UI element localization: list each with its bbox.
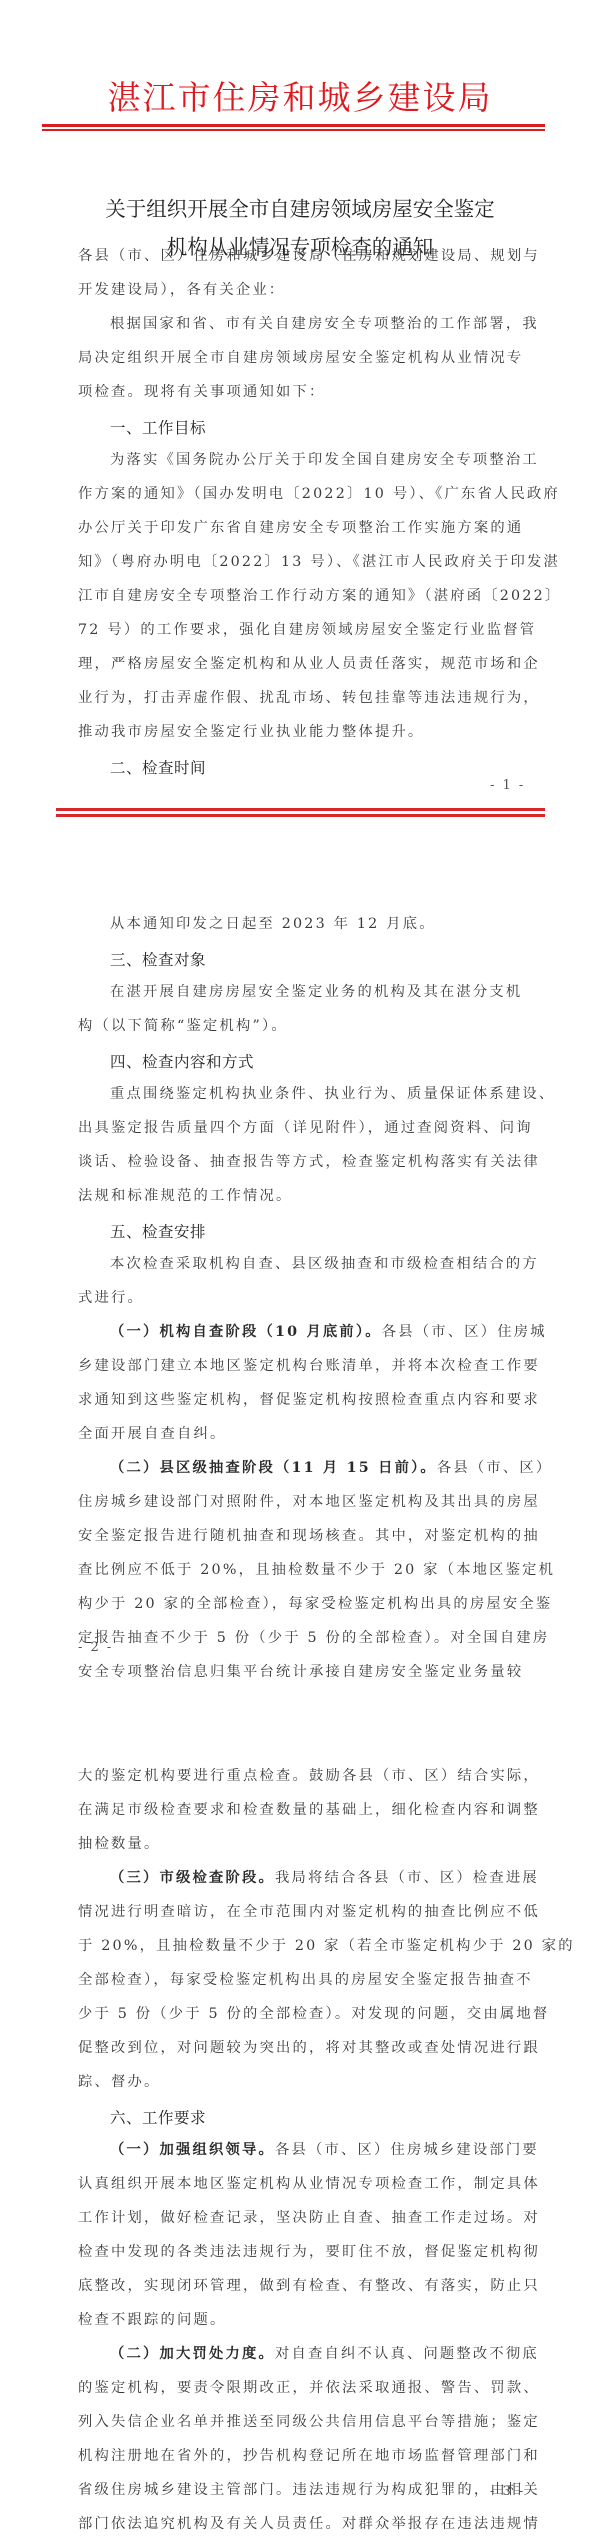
- body-text: 各县（市、区）: [437, 1460, 552, 1476]
- body-text: 项检查。现将有关事项通知如下：: [78, 384, 325, 400]
- body-text-line: （一）机构自查阶段（10 月底前）。各县（市、区）住房城: [110, 1322, 524, 1342]
- body-text: 定报告抽查不少于 5 份（少于 5 份的全部检查）。对全国自建房: [78, 1630, 549, 1646]
- body-text-line: 知》（粤府办明电〔2022〕13 号）、《湛江市人民政府关于印发湛: [78, 552, 524, 572]
- body-text-line: 本次检查采取机构自查、县区级抽查和市级检查相结合的方: [110, 1254, 524, 1274]
- body-text-line: 为落实《国务院办公厅关于印发全国自建房安全专项整治工: [110, 450, 524, 470]
- document-title-line-1: 关于组织开展全市自建房领域房屋安全鉴定: [0, 190, 600, 228]
- body-text-line: 出具鉴定报告质量四个方面（详见附件），通过查阅资料、问询: [78, 1118, 524, 1138]
- body-text-line: 于 20%，且抽检数量不少于 20 家（若全市鉴定机构少于 20 家的: [78, 1936, 524, 1956]
- body-text-line: 项检查。现将有关事项通知如下：: [78, 382, 524, 402]
- body-text: 出具鉴定报告质量四个方面（详见附件），通过查阅资料、问询: [78, 1120, 533, 1136]
- body-text-line: 省级住房城乡建设主管部门。违法违规行为构成犯罪的，由相关: [78, 2480, 524, 2500]
- section-heading: 三、检查对象: [110, 948, 206, 970]
- body-text: 踪、督办。: [78, 2074, 160, 2090]
- body-text-line: 全部检查），每家受检鉴定机构出具的房屋安全鉴定报告抽查不: [78, 1970, 524, 1990]
- body-text: 大的鉴定机构要进行重点检查。鼓励各县（市、区）结合实际，: [78, 1768, 540, 1784]
- body-text-line: 部门依法追究机构及有关人员责任。对群众举报存在违法违规情: [78, 2514, 524, 2534]
- body-text-line: 住房城乡建设部门对照附件，对本地区鉴定机构及其出具的房屋: [78, 1492, 524, 1512]
- body-text-line: 检查不跟踪的问题。: [78, 2310, 524, 2330]
- body-text: 构（以下简称“鉴定机构”）。: [78, 1018, 288, 1034]
- body-text-line: 开发建设局），各有关企业：: [78, 280, 524, 300]
- body-text-line: 定报告抽查不少于 5 份（少于 5 份的全部检查）。对全国自建房: [78, 1628, 524, 1648]
- body-text: 全部检查），每家受检鉴定机构出具的房屋安全鉴定报告抽查不: [78, 1972, 533, 1988]
- body-text-line: 各县（市、区）住房和城乡建设局（住房和规划建设局、规划与: [78, 246, 524, 266]
- subsection-label: （三）市级检查阶段。: [110, 1870, 275, 1886]
- body-text-line: 乡建设部门建立本地区鉴定机构台账清单，并将本次检查工作要: [78, 1356, 524, 1376]
- body-text: 谈话、检验设备、抽查报告等方式，检查鉴定机构落实有关法律: [78, 1154, 540, 1170]
- body-text: 各县（市、区）住房城: [382, 1324, 547, 1340]
- body-text-line: 踪、督办。: [78, 2072, 524, 2092]
- body-text: 法规和标准规范的工作情况。: [78, 1188, 292, 1204]
- body-text-line: 少于 5 份（少于 5 份的全部检查）。对发现的问题，交由属地督: [78, 2004, 524, 2024]
- body-text: 在湛开展自建房房屋安全鉴定业务的机构及其在湛分支机: [110, 984, 522, 1000]
- body-text-line: 在湛开展自建房房屋安全鉴定业务的机构及其在湛分支机: [110, 982, 524, 1002]
- body-text-line: 全面开展自查自纠。: [78, 1424, 524, 1444]
- body-text: 各县（市、区）住房和城乡建设局（住房和规划建设局、规划与: [78, 248, 540, 264]
- body-text: 工作计划，做好检查记录，坚决防止自查、抽查工作走过场。对: [78, 2210, 540, 2226]
- body-text-line: 谈话、检验设备、抽查报告等方式，检查鉴定机构落实有关法律: [78, 1152, 524, 1172]
- body-text-line: 局决定组织开展全市自建房领域房屋安全鉴定机构从业情况专: [78, 348, 524, 368]
- body-text-line: 工作计划，做好检查记录，坚决防止自查、抽查工作走过场。对: [78, 2208, 524, 2228]
- subsection-label: （二）县区级抽查阶段（11 月 15 日前）。: [110, 1460, 437, 1476]
- masthead-rule-thin: [42, 129, 545, 131]
- body-text-line: 业行为，打击弄虚作假、扰乱市场、转包挂靠等违法违规行为，: [78, 688, 524, 708]
- masthead-rule-thick: [42, 124, 545, 127]
- body-text-line: 促整改到位，对问题较为突出的，将对其整改或查处情况进行跟: [78, 2038, 524, 2058]
- body-text-line: 求通知到这些鉴定机构，督促鉴定机构按照检查重点内容和要求: [78, 1390, 524, 1410]
- body-text-line: 安全鉴定报告进行随机抽查和现场核查。其中，对鉴定机构的抽: [78, 1526, 524, 1546]
- body-text: 底整改，实现闭环管理，做到有检查、有整改、有落实，防止只: [78, 2278, 540, 2294]
- body-text-line: 式进行。: [78, 1288, 524, 1308]
- body-text: 全面开展自查自纠。: [78, 1426, 226, 1442]
- body-text: 办公厅关于印发广东省自建房安全专项整治工作实施方案的通: [78, 520, 523, 536]
- body-text: 的鉴定机构，要责令限期改正，并依法采取通报、警告、罚款、: [78, 2380, 540, 2396]
- body-text-line: 在满足市级检查要求和检查数量的基础上，细化检查内容和调整: [78, 1800, 524, 1820]
- body-text: 情况进行明查暗访，在全市范围内对鉴定机构的抽查比例应不低: [78, 1904, 540, 1920]
- body-text-line: 根据国家和省、市有关自建房安全专项整治的工作部署，我: [110, 314, 524, 334]
- body-text-line: （二）县区级抽查阶段（11 月 15 日前）。各县（市、区）: [110, 1458, 524, 1478]
- body-text-line: 理，严格房屋安全鉴定机构和从业人员责任落实，规范市场和企: [78, 654, 524, 674]
- body-text: 重点围绕鉴定机构执业条件、执业行为、质量保证体系建设、: [110, 1086, 555, 1102]
- body-text-line: 作方案的通知》（国办发明电〔2022〕10 号）、《广东省人民政府: [78, 484, 524, 504]
- page-divider-rule-1: [56, 808, 545, 811]
- body-text: 省级住房城乡建设主管部门。违法违规行为构成犯罪的，由相关: [78, 2482, 540, 2498]
- body-text: 局决定组织开展全市自建房领域房屋安全鉴定机构从业情况专: [78, 350, 523, 366]
- page-number-2: - 2 -: [78, 1640, 113, 1655]
- body-text: 开发建设局），各有关企业：: [78, 282, 285, 298]
- body-text-line: 机构注册地在省外的，抄告机构登记所在地市场监督管理部门和: [78, 2446, 524, 2466]
- body-text-line: 情况进行明查暗访，在全市范围内对鉴定机构的抽查比例应不低: [78, 1902, 524, 1922]
- body-text-line: 法规和标准规范的工作情况。: [78, 1186, 524, 1206]
- body-text-line: 认真组织开展本地区鉴定机构从业情况专项检查工作，制定具体: [78, 2174, 524, 2194]
- body-text: 部门依法追究机构及有关人员责任。对群众举报存在违法违规情: [78, 2516, 540, 2532]
- body-text-line: 重点围绕鉴定机构执业条件、执业行为、质量保证体系建设、: [110, 1084, 524, 1104]
- body-text-line: 列入失信企业名单并推送至同级公共信用信息平台等措施；鉴定: [78, 2412, 524, 2432]
- body-text: 构少于 20 家的全部检查），每家受检鉴定机构出具的房屋安全鉴: [78, 1596, 552, 1612]
- body-text: 住房城乡建设部门对照附件，对本地区鉴定机构及其出具的房屋: [78, 1494, 540, 1510]
- body-text: 知》（粤府办明电〔2022〕13 号）、《湛江市人民政府关于印发湛: [78, 554, 560, 570]
- section-heading: 五、检查安排: [110, 1220, 206, 1242]
- body-text: 于 20%，且抽检数量不少于 20 家（若全市鉴定机构少于 20 家的: [78, 1938, 575, 1954]
- body-text: 72 号）的工作要求，强化自建房领域房屋安全鉴定行业监督管: [78, 622, 536, 638]
- section-heading: 四、检查内容和方式: [110, 1050, 254, 1072]
- body-text: 查比例应不低于 20%，且抽检数量不少于 20 家（本地区鉴定机: [78, 1562, 555, 1578]
- body-text-line: 推动我市房屋安全鉴定行业执业能力整体提升。: [78, 722, 524, 742]
- body-text: 求通知到这些鉴定机构，督促鉴定机构按照检查重点内容和要求: [78, 1392, 540, 1408]
- body-text-line: 底整改，实现闭环管理，做到有检查、有整改、有落实，防止只: [78, 2276, 524, 2296]
- body-text: 安全鉴定报告进行随机抽查和现场核查。其中，对鉴定机构的抽: [78, 1528, 540, 1544]
- subsection-label: （一）机构自查阶段（10 月底前）。: [110, 1324, 382, 1340]
- section-heading: 二、检查时间: [110, 756, 206, 778]
- section-heading: 一、工作目标: [110, 416, 206, 438]
- body-text: 为落实《国务院办公厅关于印发全国自建房安全专项整治工: [110, 452, 539, 468]
- body-text: 在满足市级检查要求和检查数量的基础上，细化检查内容和调整: [78, 1802, 540, 1818]
- body-text: 理，严格房屋安全鉴定机构和从业人员责任落实，规范市场和企: [78, 656, 540, 672]
- body-text: 各县（市、区）住房城乡建设部门要: [275, 2142, 539, 2158]
- body-text: 认真组织开展本地区鉴定机构从业情况专项检查工作，制定具体: [78, 2176, 540, 2192]
- body-text-line: 从本通知印发之日起至 2023 年 12 月底。: [110, 914, 524, 934]
- body-text: 抽检数量。: [78, 1836, 160, 1852]
- body-text: 我局将结合各县（市、区）检查进展: [275, 1870, 539, 1886]
- body-text: 本次检查采取机构自查、县区级抽查和市级检查相结合的方: [110, 1256, 539, 1272]
- body-text: 检查不跟踪的问题。: [78, 2312, 226, 2328]
- body-text-line: 抽检数量。: [78, 1834, 524, 1854]
- page-divider-rule-2: [56, 814, 545, 817]
- body-text: 安全专项整治信息归集平台统计承接自建房安全鉴定业务量较: [78, 1664, 523, 1680]
- body-text-line: 安全专项整治信息归集平台统计承接自建房安全鉴定业务量较: [78, 1662, 524, 1682]
- body-text-line: 72 号）的工作要求，强化自建房领域房屋安全鉴定行业监督管: [78, 620, 524, 640]
- body-text: 式进行。: [78, 1290, 144, 1306]
- body-text: 根据国家和省、市有关自建房安全专项整治的工作部署，我: [110, 316, 539, 332]
- body-text: 作方案的通知》（国办发明电〔2022〕10 号）、《广东省人民政府: [78, 486, 560, 502]
- body-text-line: 检查中发现的各类违法违规行为，要盯住不放，督促鉴定机构彻: [78, 2242, 524, 2262]
- body-text-line: 办公厅关于印发广东省自建房安全专项整治工作实施方案的通: [78, 518, 524, 538]
- body-text: 推动我市房屋安全鉴定行业执业能力整体提升。: [78, 724, 424, 740]
- subsection-label: （二）加大罚处力度。: [110, 2346, 275, 2362]
- body-text: 江市自建房安全专项整治工作行动方案的通知》（湛府函〔2022〕: [78, 588, 561, 604]
- body-text: 机构注册地在省外的，抄告机构登记所在地市场监督管理部门和: [78, 2448, 540, 2464]
- body-text-line: （二）加大罚处力度。对自查自纠不认真、问题整改不彻底: [110, 2344, 524, 2364]
- body-text-line: 构（以下简称“鉴定机构”）。: [78, 1016, 524, 1036]
- body-text: 列入失信企业名单并推送至同级公共信用信息平台等措施；鉴定: [78, 2414, 540, 2430]
- body-text-line: 的鉴定机构，要责令限期改正，并依法采取通报、警告、罚款、: [78, 2378, 524, 2398]
- body-text: 检查中发现的各类违法违规行为，要盯住不放，督促鉴定机构彻: [78, 2244, 540, 2260]
- body-text: 促整改到位，对问题较为突出的，将对其整改或查处情况进行跟: [78, 2040, 540, 2056]
- issuer-masthead: 湛江市住房和城乡建设局: [0, 78, 600, 118]
- page-number-1: - 1 -: [490, 778, 525, 793]
- body-text-line: 江市自建房安全专项整治工作行动方案的通知》（湛府函〔2022〕: [78, 586, 524, 606]
- body-text: 少于 5 份（少于 5 份的全部检查）。对发现的问题，交由属地督: [78, 2006, 549, 2022]
- body-text-line: 查比例应不低于 20%，且抽检数量不少于 20 家（本地区鉴定机: [78, 1560, 524, 1580]
- section-heading: 六、工作要求: [110, 2106, 206, 2128]
- body-text: 对自查自纠不认真、问题整改不彻底: [275, 2346, 539, 2362]
- body-text: 业行为，打击弄虚作假、扰乱市场、转包挂靠等违法违规行为，: [78, 690, 540, 706]
- body-text: 乡建设部门建立本地区鉴定机构台账清单，并将本次检查工作要: [78, 1358, 540, 1374]
- body-text: 从本通知印发之日起至 2023 年 12 月底。: [110, 916, 436, 932]
- body-text-line: （三）市级检查阶段。我局将结合各县（市、区）检查进展: [110, 1868, 524, 1888]
- body-text-line: 大的鉴定机构要进行重点检查。鼓励各县（市、区）结合实际，: [78, 1766, 524, 1786]
- body-text-line: 构少于 20 家的全部检查），每家受检鉴定机构出具的房屋安全鉴: [78, 1594, 524, 1614]
- page-number-3: - 3 -: [490, 2484, 525, 2499]
- subsection-label: （一）加强组织领导。: [110, 2142, 275, 2158]
- body-text-line: （一）加强组织领导。各县（市、区）住房城乡建设部门要: [110, 2140, 524, 2160]
